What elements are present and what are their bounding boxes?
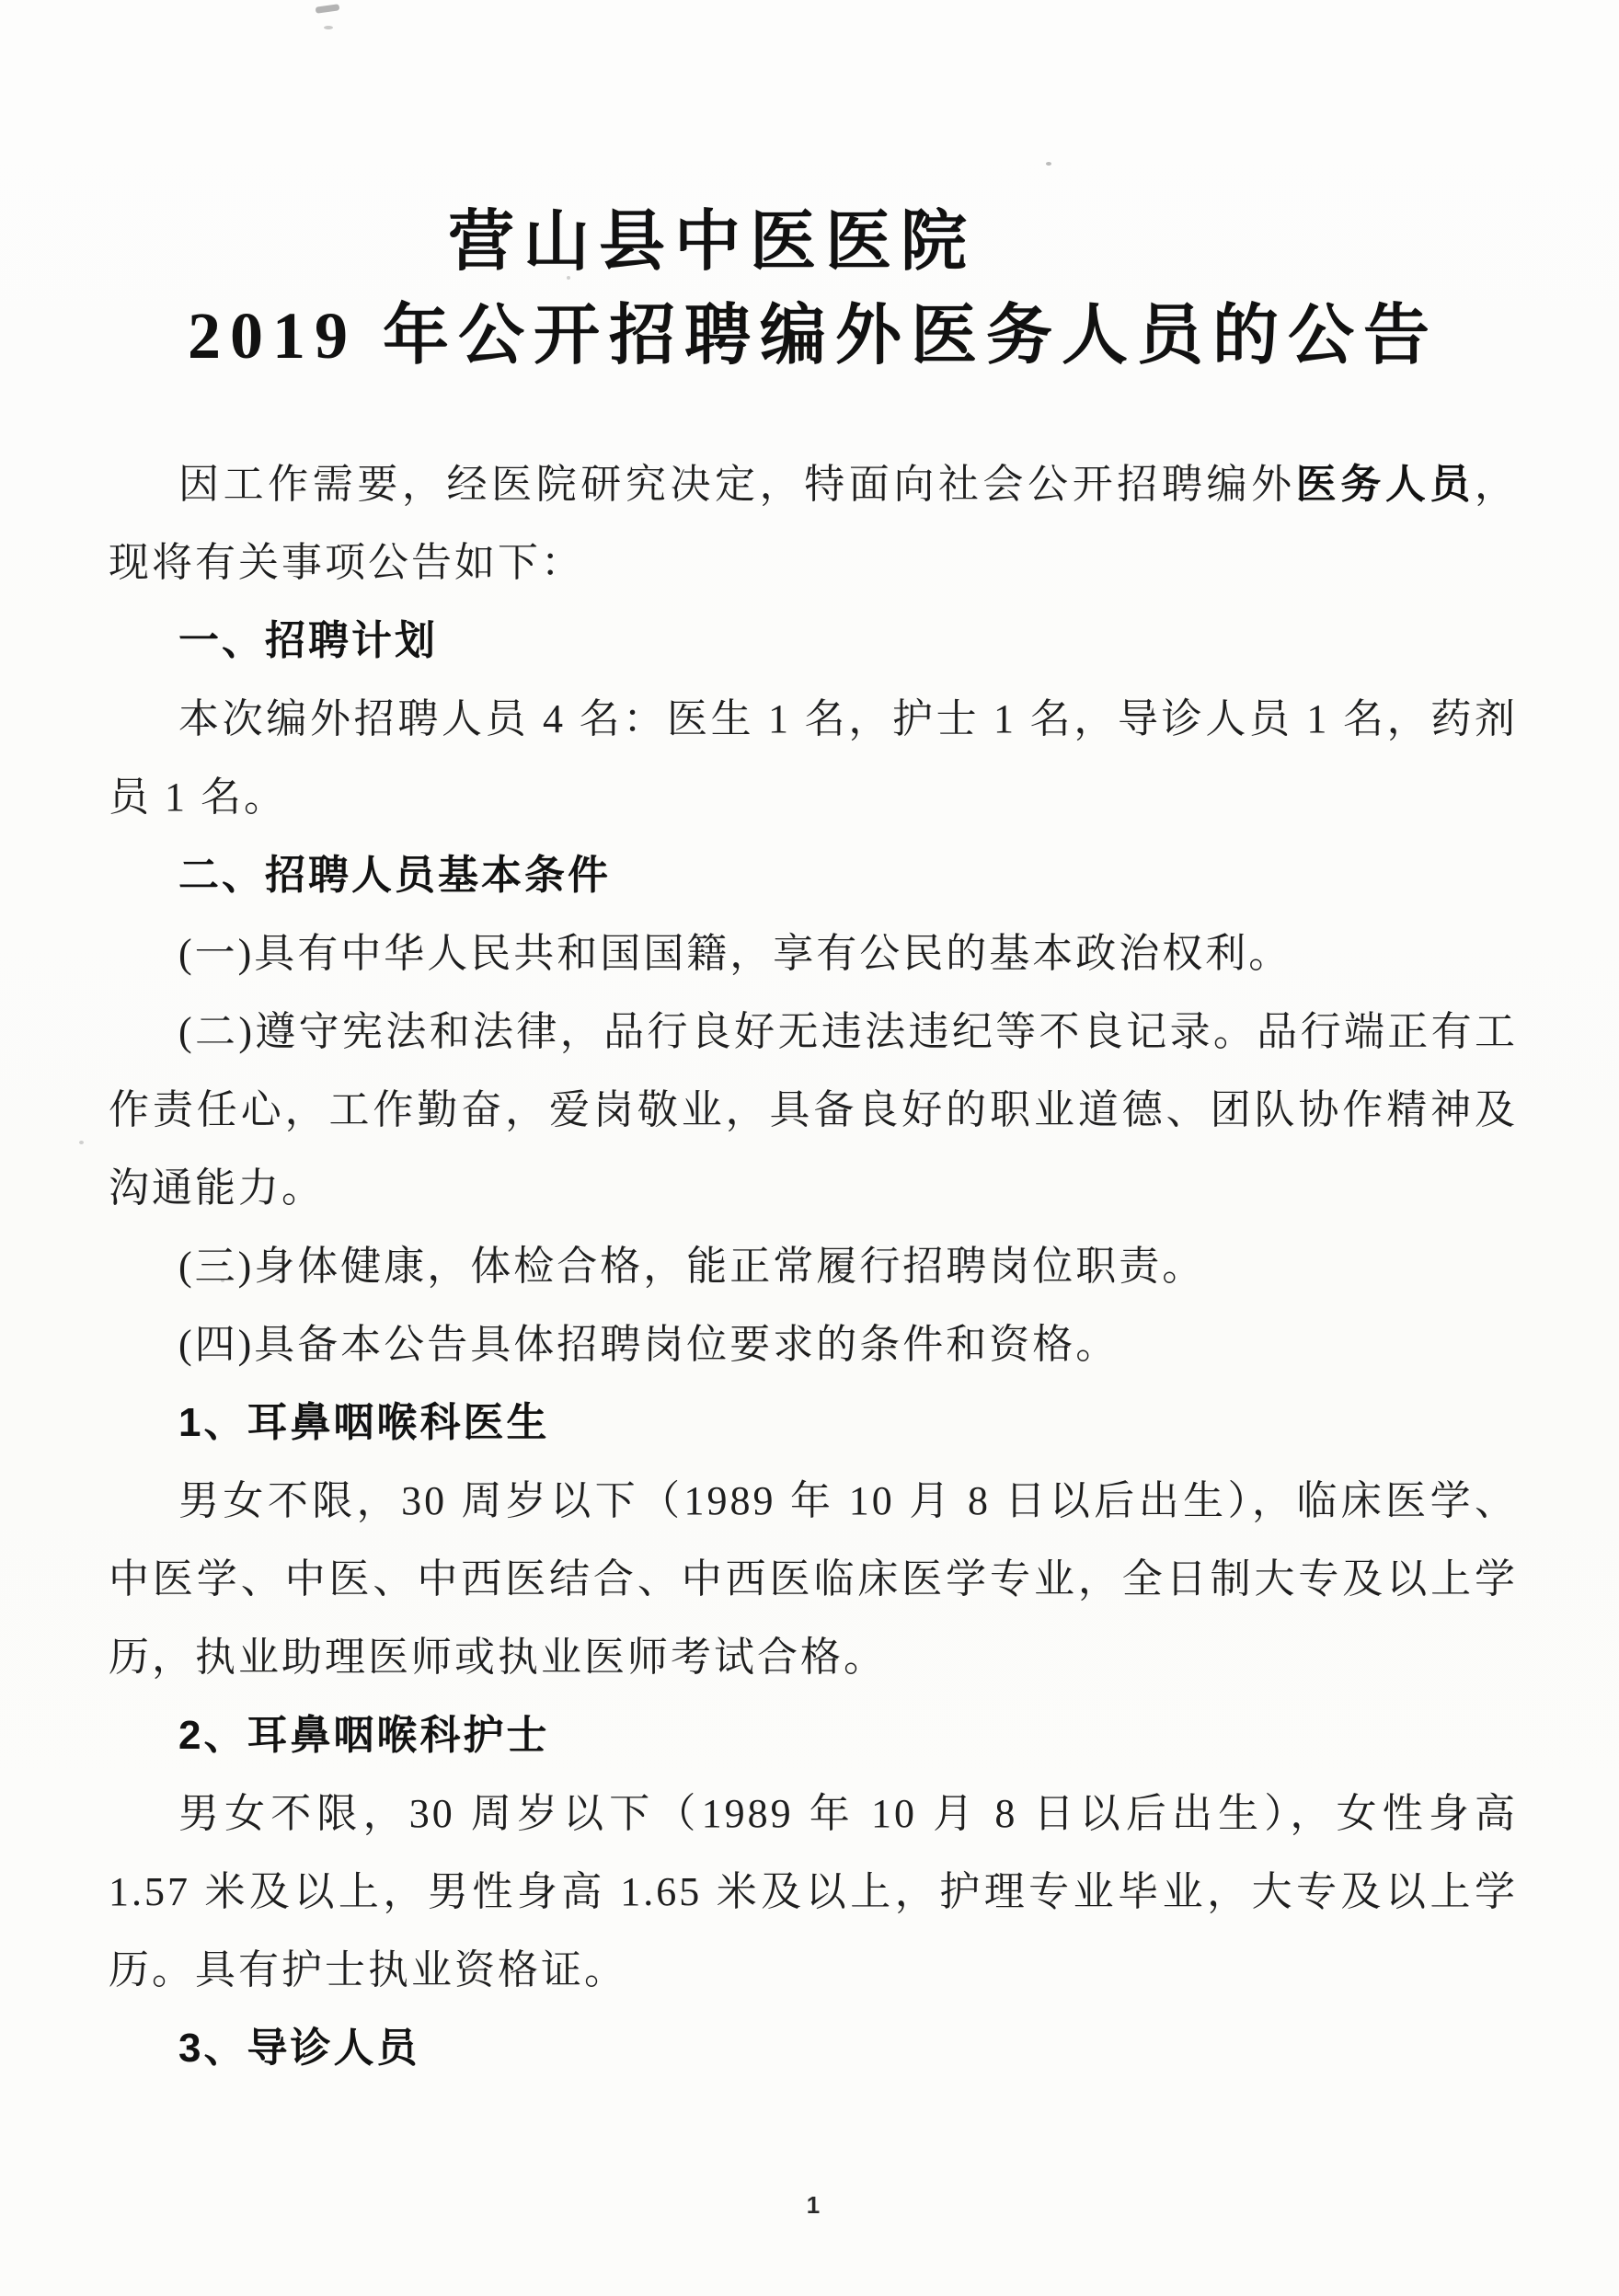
bold-text-run: 医务人员	[1296, 462, 1475, 507]
text-run: (一)具有中华人民共和国国籍，享有公民的基本政治权利。	[178, 931, 1292, 976]
page-number: 1	[109, 2191, 1518, 2220]
section-heading: 1、耳鼻咽喉科医生	[109, 1383, 1518, 1462]
paragraph: 因工作需要，经医院研究决定，特面向社会公开招聘编外医务人员，现将有关事项公告如下…	[109, 445, 1518, 602]
bold-text-run: 2、耳鼻咽喉科护士	[178, 1713, 549, 1758]
paragraph: (一)具有中华人民共和国国籍，享有公民的基本政治权利。	[109, 914, 1518, 993]
scan-artifact	[1046, 162, 1051, 166]
bold-text-run: 一、招聘计划	[178, 618, 438, 663]
text-run: 男女不限，30 周岁以下（1989 年 10 月 8 日以后出生），临床医学、中…	[109, 1478, 1518, 1680]
paragraph: 男女不限，30 周岁以下（1989 年 10 月 8 日以后出生），临床医学、中…	[109, 1462, 1518, 1696]
text-run: 男女不限，30 周岁以下（1989 年 10 月 8 日以后出生），女性身高 1…	[109, 1791, 1518, 1992]
text-run: 本次编外招聘人员 4 名：医生 1 名，护士 1 名，导诊人员 1 名，药剂员 …	[109, 696, 1518, 820]
scan-artifact	[79, 1141, 84, 1144]
scan-artifact	[316, 4, 340, 14]
paragraph: (四)具备本公告具体招聘岗位要求的条件和资格。	[109, 1305, 1518, 1383]
document-body: 因工作需要，经医院研究决定，特面向社会公开招聘编外医务人员，现将有关事项公告如下…	[109, 445, 1518, 2087]
text-run: (三)身体健康，体检合格，能正常履行招聘岗位职责。	[178, 1244, 1205, 1289]
paragraph: 本次编外招聘人员 4 名：医生 1 名，护士 1 名，导诊人员 1 名，药剂员 …	[109, 680, 1518, 836]
bold-text-run: 1、耳鼻咽喉科医生	[178, 1400, 549, 1445]
section-heading: 二、招聘人员基本条件	[109, 836, 1518, 914]
text-run: 因工作需要，经医院研究决定，特面向社会公开招聘编外	[178, 462, 1296, 507]
document-title-line1: 营山县中医医院	[7, 206, 1417, 279]
document-title-line2: 2019 年公开招聘编外医务人员的公告	[109, 300, 1518, 373]
section-heading: 2、耳鼻咽喉科护士	[109, 1696, 1518, 1774]
text-run: (二)遵守宪法和法律，品行良好无违法违纪等不良记录。品行端正有工作责任心，工作勤…	[109, 1009, 1518, 1211]
paragraph: (三)身体健康，体检合格，能正常履行招聘岗位职责。	[109, 1227, 1518, 1305]
text-run: (四)具备本公告具体招聘岗位要求的条件和资格。	[178, 1322, 1119, 1367]
section-heading: 一、招聘计划	[109, 602, 1518, 680]
paragraph: (二)遵守宪法和法律，品行良好无违法违纪等不良记录。品行端正有工作责任心，工作勤…	[109, 993, 1518, 1227]
paragraph: 男女不限，30 周岁以下（1989 年 10 月 8 日以后出生），女性身高 1…	[109, 1774, 1518, 2009]
scanned-document-page: 营山县中医医院 2019 年公开招聘编外医务人员的公告 因工作需要，经医院研究决…	[0, 0, 1619, 2296]
section-heading: 3、导诊人员	[109, 2009, 1518, 2087]
bold-text-run: 二、招聘人员基本条件	[178, 853, 611, 898]
bold-text-run: 3、导诊人员	[178, 2026, 419, 2071]
scan-artifact	[324, 26, 333, 29]
